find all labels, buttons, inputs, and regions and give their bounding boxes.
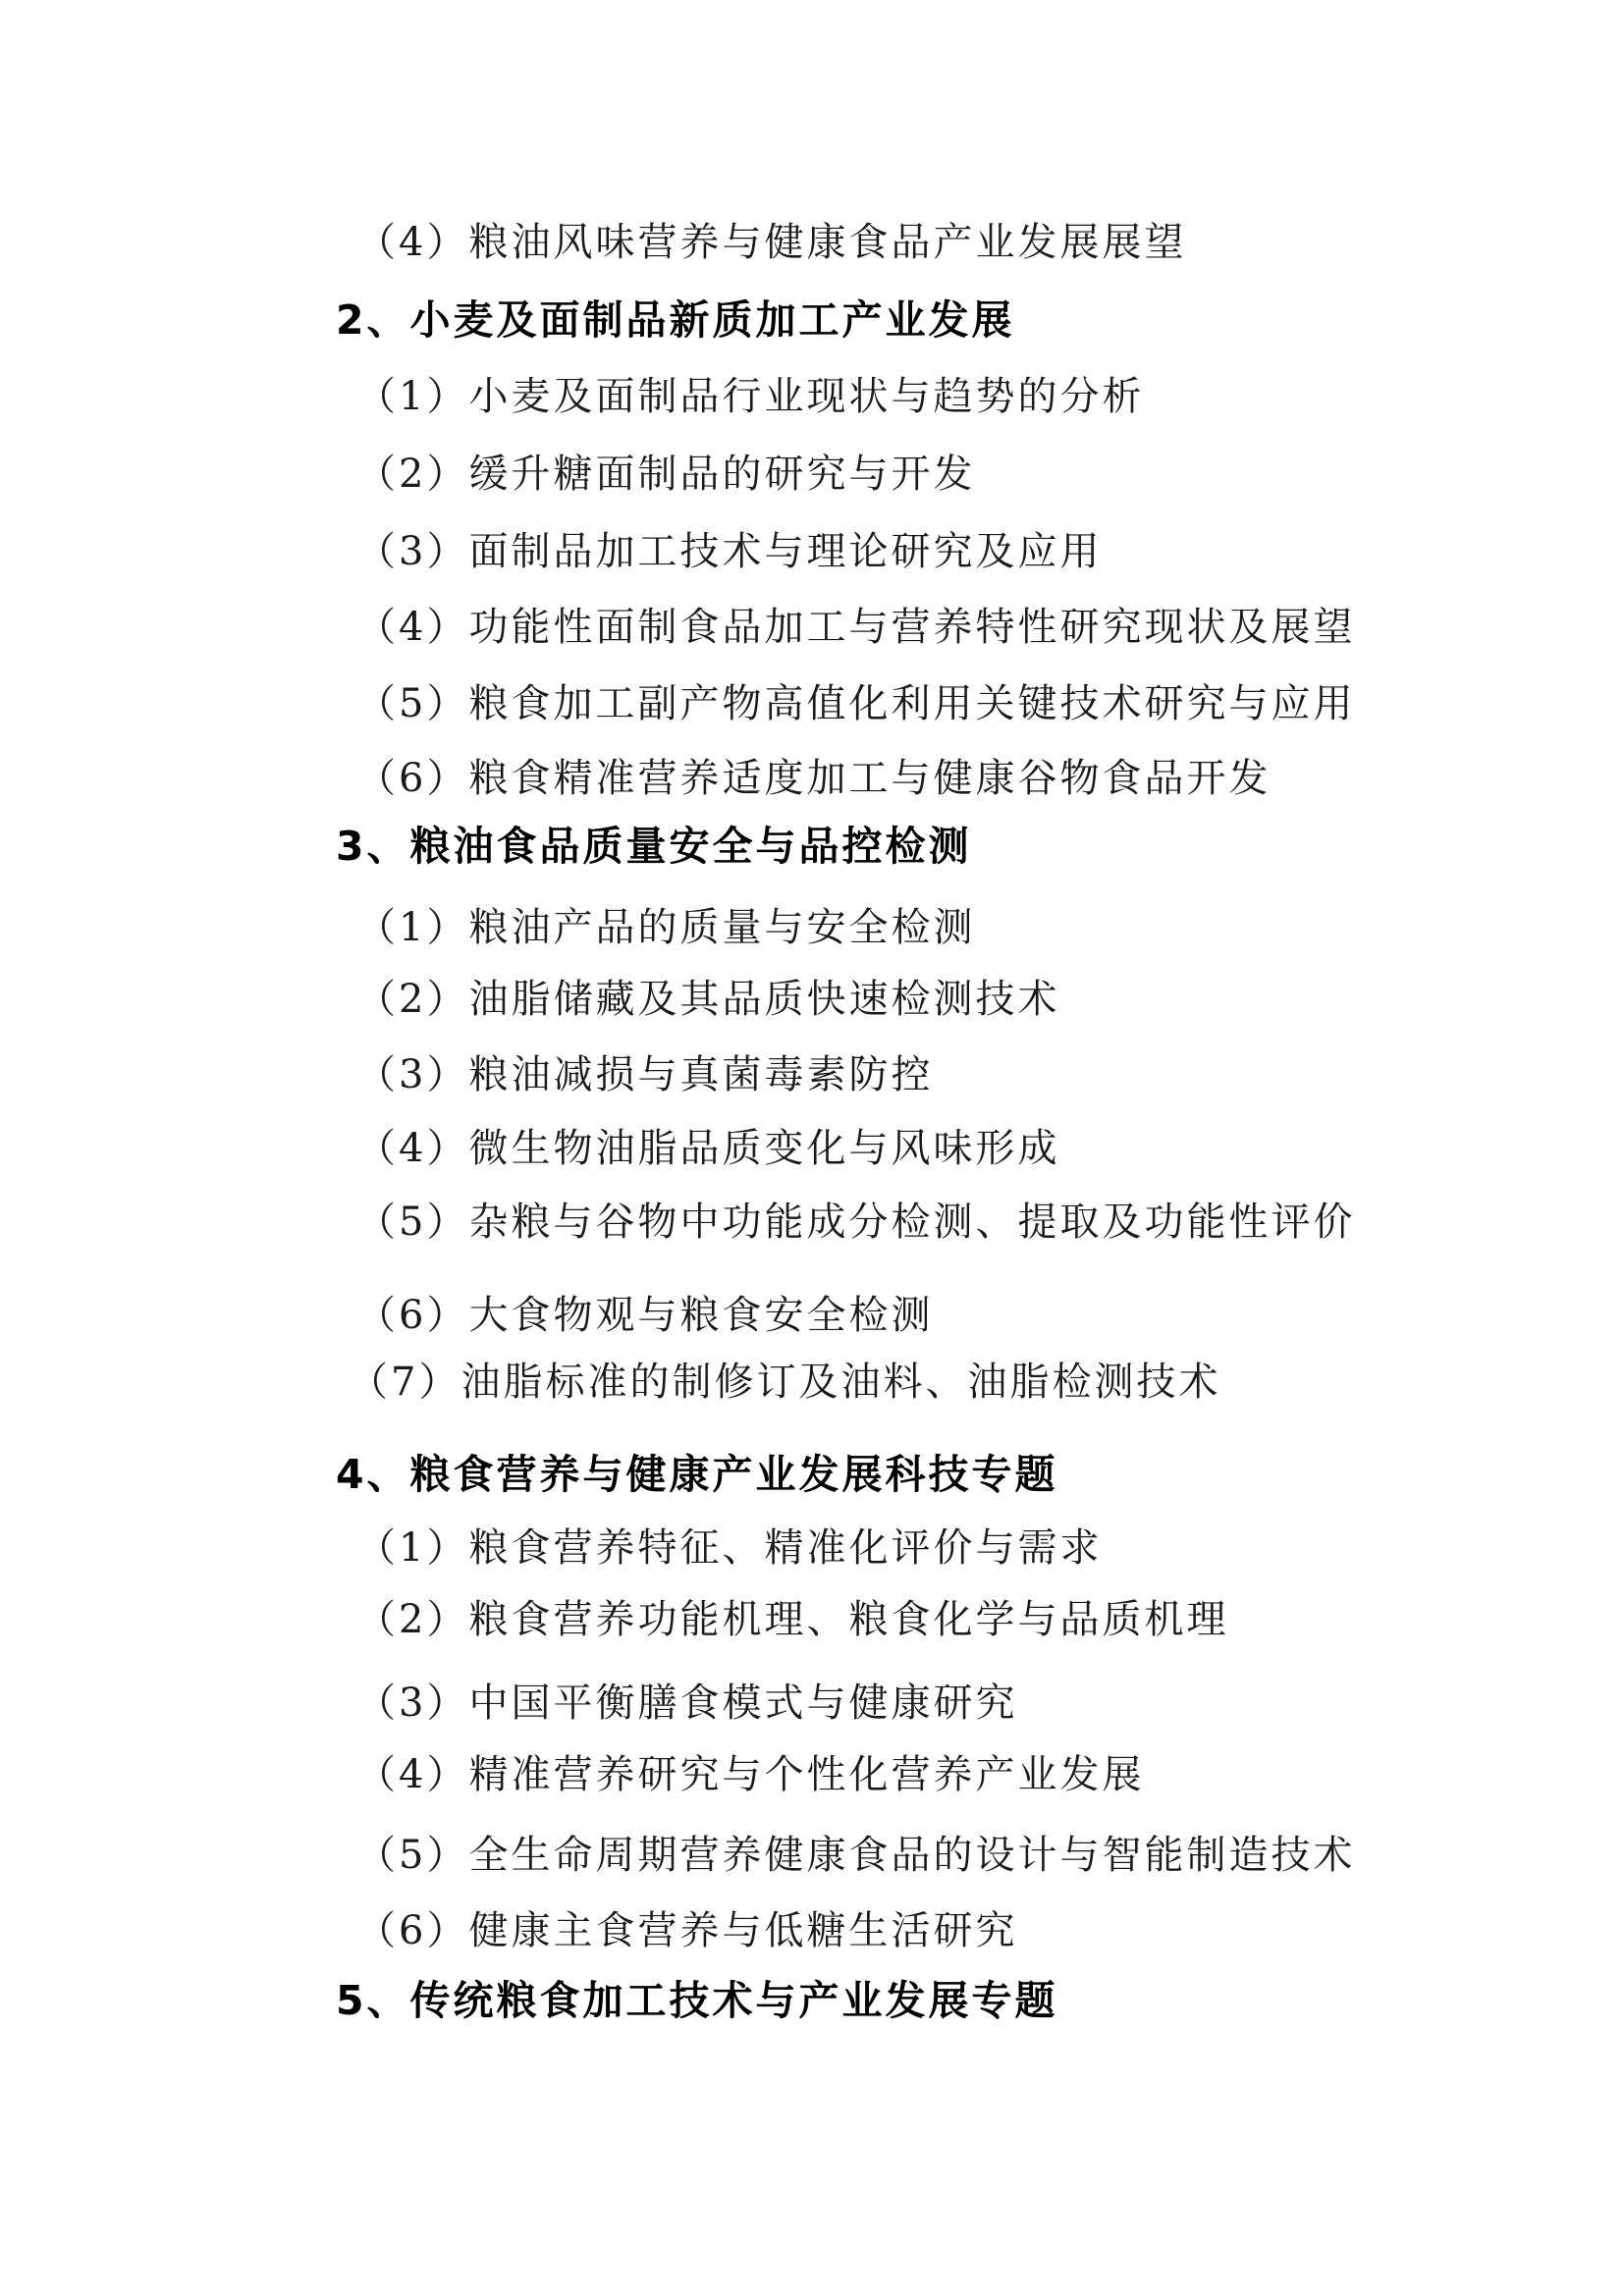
list-item: （7）油脂标准的制修订及油料、油脂检测技术 (349, 1358, 1220, 1407)
list-item: （1）粮油产品的质量与安全检测 (356, 903, 975, 952)
list-item: （4）精准营养研究与个性化营养产业发展 (356, 1750, 1144, 1799)
list-item: （3）面制品加工技术与理论研究及应用 (356, 527, 1102, 576)
section-heading: 2、小麦及面制品新质加工产业发展 (336, 295, 1015, 345)
list-item: （4）微生物油脂品质变化与风味形成 (356, 1124, 1059, 1173)
section-heading: 3、粮油食品质量安全与品控检测 (336, 822, 972, 871)
list-item: （6）健康主食营养与低糖生活研究 (356, 1906, 1017, 1955)
section-heading: 4、粮食营养与健康产业发展科技专题 (336, 1450, 1058, 1499)
list-item: （5）杂粮与谷物中功能成分检测、提取及功能性评价 (356, 1198, 1355, 1247)
list-item: （1）粮食营养特征、精准化评价与需求 (356, 1523, 1102, 1573)
list-item: （3）粮油减损与真菌毒素防控 (356, 1050, 933, 1099)
list-item: （6）大食物观与粮食安全检测 (356, 1291, 933, 1340)
list-item: （1）小麦及面制品行业现状与趋势的分析 (356, 372, 1144, 421)
list-item: （4）粮油风味营养与健康食品产业发展展望 (356, 218, 1186, 267)
list-item: （2）油脂储藏及其品质快速检测技术 (356, 975, 1059, 1024)
list-item: （2）粮食营养功能机理、粮食化学与品质机理 (356, 1595, 1228, 1644)
list-item: （2）缓升糖面制品的研究与开发 (356, 450, 975, 499)
list-item: （4）功能性面制食品加工与营养特性研究现状及展望 (356, 603, 1355, 652)
list-item: （3）中国平衡膳食模式与健康研究 (356, 1679, 1017, 1728)
section-heading: 5、传统粮食加工技术与产业发展专题 (336, 1976, 1058, 2025)
list-item: （6）粮食精准营养适度加工与健康谷物食品开发 (356, 754, 1271, 803)
list-item: （5）全生命周期营养健康食品的设计与智能制造技术 (356, 1831, 1355, 1880)
list-item: （5）粮食加工副产物高值化利用关键技术研究与应用 (356, 679, 1355, 728)
